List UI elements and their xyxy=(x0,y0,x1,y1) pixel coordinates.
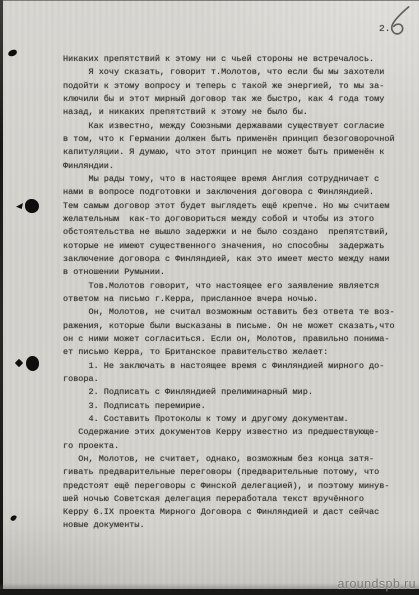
ink-stain xyxy=(25,199,39,213)
typed-line: ключили бы и этот мирный договор так же … xyxy=(63,93,403,106)
scanned-document-page: 2. Никаких препятствий к этому ни с чьей… xyxy=(0,0,419,595)
typed-line: он с ними может согласиться. Если он, Мо… xyxy=(63,333,403,346)
typed-line: ет письмо Керра, то Британское правитель… xyxy=(63,346,403,359)
document-text: Никаких препятствий к этому ни с чьей ст… xyxy=(63,53,403,533)
typed-line: Керру 6.IX проекта Мирного Договора с Фи… xyxy=(63,506,403,519)
typed-page-number: 2. xyxy=(379,23,390,34)
typed-line: обстоятельства не вышло задержки и не бы… xyxy=(63,226,403,239)
typed-line: Я хочу сказать, говорит т.Молотов, что е… xyxy=(63,66,403,79)
typed-line: Финляндии. xyxy=(63,160,403,173)
typed-line: Он, Молотов, не считает, однако, возможн… xyxy=(63,453,403,466)
typed-line: ответом на письмо г.Керра, присланное вч… xyxy=(63,293,403,306)
typed-line: 1. Не заключать в настоящее время с Финл… xyxy=(63,360,403,373)
typed-line: го проекта. xyxy=(63,440,403,453)
scan-edge-left xyxy=(0,0,3,595)
typed-line: новые документы. xyxy=(63,519,403,532)
typed-line: желательным как-то договориться между со… xyxy=(63,213,403,226)
typed-line: которые не имеют существенного значения,… xyxy=(63,240,403,253)
typed-line: Он, Молотов, не считал возможным оставит… xyxy=(63,306,403,319)
ink-stain xyxy=(10,514,17,522)
watermark: aroundspb.ru xyxy=(338,577,416,591)
typed-line: Содержание этих документов Керру известн… xyxy=(63,426,403,439)
ink-stain xyxy=(16,203,23,209)
typed-line: 3. Подписать перемирие. xyxy=(63,400,403,413)
typed-line: шей ночью Советская делегация переработа… xyxy=(63,493,403,506)
ink-stain xyxy=(15,359,23,367)
typed-line: в отношении Румынии. xyxy=(63,266,403,279)
typed-line: в том, что к Германии должен быть примен… xyxy=(63,133,403,146)
typed-line: 4. Составить Протоколы к тому и другому … xyxy=(63,413,403,426)
ink-stain xyxy=(7,49,17,57)
typed-line: подойти к этому вопросу и теперь с такой… xyxy=(63,80,403,93)
typed-line: Как известно, между Союзными державами с… xyxy=(63,120,403,133)
ink-stain xyxy=(26,356,39,371)
typed-line: Никаких препятствий к этому ни с чьей ст… xyxy=(63,53,403,66)
typed-line: гивать предварительные переговоры (предв… xyxy=(63,466,403,479)
typed-line: капитуляции. Я думаю, что этот принцип н… xyxy=(63,146,403,159)
typed-line: назад, и никаких препятствий к этому не … xyxy=(63,106,403,119)
typed-line: заключение договора с Финляндией, как эт… xyxy=(63,253,403,266)
typed-line: нами в вопросе подготовки и заключения д… xyxy=(63,186,403,199)
typed-line: Тов.Молотов говорит, что настоящее его з… xyxy=(63,280,403,293)
scan-edge-top xyxy=(0,0,419,1)
typed-line: Мы рады тому, что в настоящее время Англ… xyxy=(63,173,403,186)
typed-line: Тем самым договор этот будет выглядеть е… xyxy=(63,200,403,213)
typed-line: ражения, которые были высказаны в письме… xyxy=(63,320,403,333)
typed-line: предстоят ещё переговоры с Финской делег… xyxy=(63,480,403,493)
typed-line: говора. xyxy=(63,373,403,386)
typed-line: 2. Подписать с Финляндией прелиминарный … xyxy=(63,386,403,399)
